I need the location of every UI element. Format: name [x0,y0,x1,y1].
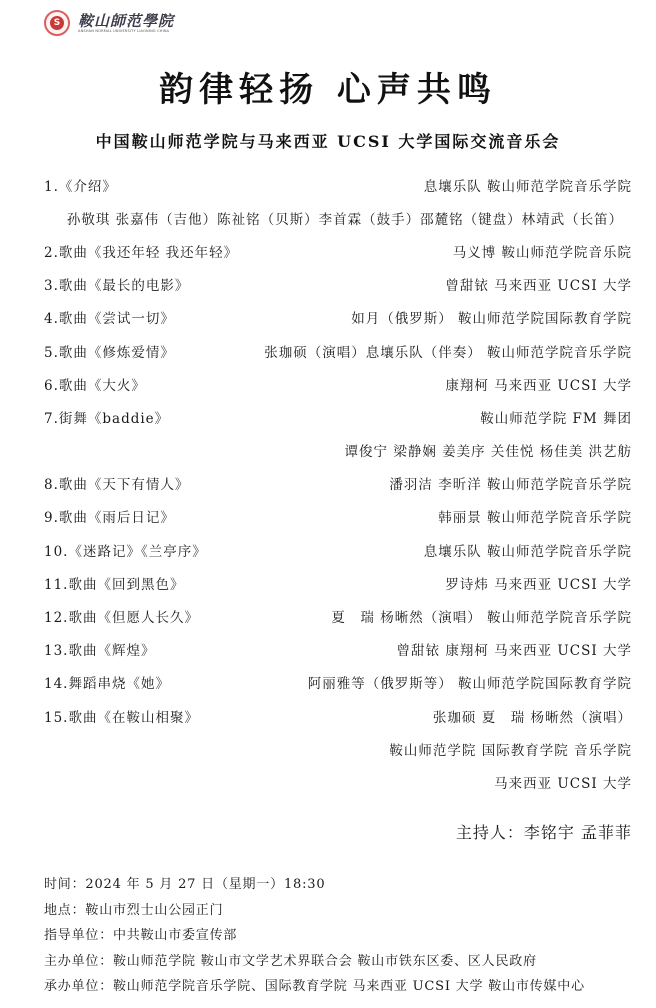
host-line: 主持人：李铭宇 孟菲菲 [456,820,632,843]
logo-name-en: ANSHAN NORMAL UNIVERSITY LIAONING CHINA [78,29,174,34]
program-item: 10.《迷路记》《兰亭序》息壤乐队 鞍山师范学院音乐学院 [44,533,632,566]
program-item-title: 14.舞蹈串烧《她》 [44,672,170,692]
program-item-performers: 谭俊宁 梁静娴 姜美序 关佳悦 杨佳美 洪艺舫 [345,440,632,460]
program-item-performers: 马来西亚 UCSI 大学 [494,772,632,792]
program-item-performers: 夏 瑞 杨晰然（演唱） 鞍山师范学院音乐学院 [331,606,632,626]
program-item-title: 11.歌曲《回到黑色》 [44,573,184,593]
program-item: 5.歌曲《修炼爱情》张珈硕（演唱）息壤乐队（伴奏） 鞍山师范学院音乐学院 [44,334,632,367]
program-item-title: 13.歌曲《辉煌》 [44,639,155,659]
program-item-performers: 康翔柯 马来西亚 UCSI 大学 [445,374,632,394]
event-organizer: 主办单位：鞍山师范学院 鞍山市文学艺术界联合会 鞍山市铁东区委、区人民政府 [44,949,644,975]
program-item-performers: 鞍山师范学院 国际教育学院 音乐学院 [389,739,632,759]
program-item-performers: 鞍山师范学院 FM 舞团 [480,407,632,427]
program-performers-row: 孙敬琪 张嘉伟（吉他）陈祉铭（贝斯）李首霖（鼓手）邵麓铭（键盘）林靖武（长笛） [44,201,632,234]
program-item: 6.歌曲《大火》康翔柯 马来西亚 UCSI 大学 [44,367,632,400]
program-item: 14.舞蹈串烧《她》阿丽雅等（俄罗斯等） 鞍山师范学院国际教育学院 [44,666,632,699]
program-item: 1.《介绍》息壤乐队 鞍山师范学院音乐学院 [44,168,632,201]
program-item-performers: 息壤乐队 鞍山师范学院音乐学院 [424,540,632,560]
program-performers-row: 鞍山师范学院 国际教育学院 音乐学院 [44,732,632,765]
event-time: 时间：2024 年 5 月 27 日（星期一）18:30 [44,872,644,898]
program-item-performers: 韩丽景 鞍山师范学院音乐学院 [438,506,632,526]
program-item: 9.歌曲《雨后日记》韩丽景 鞍山师范学院音乐学院 [44,500,632,533]
program-performers-row: 马来西亚 UCSI 大学 [44,765,632,798]
program-item: 3.歌曲《最长的电影》曾甜铱 马来西亚 UCSI 大学 [44,268,632,301]
event-info: 时间：2024 年 5 月 27 日（星期一）18:30 地点：鞍山市烈士山公园… [44,872,644,1000]
program-item: 2.歌曲《我还年轻 我还年轻》马义博 鞍山师范学院音乐院 [44,234,632,267]
program-item-performers: 马义博 鞍山师范学院音乐院 [453,241,632,261]
program-item-title: 6.歌曲《大火》 [44,374,146,394]
program-item-title: 4.歌曲《尝试一切》 [44,307,175,327]
logo-text: 鞍山師范學院 ANSHAN NORMAL UNIVERSITY LIAONING… [78,13,174,34]
program-item-title: 9.歌曲《雨后日记》 [44,506,175,526]
program-item-title: 12.歌曲《但愿人长久》 [44,606,199,626]
program-item-title: 5.歌曲《修炼爱情》 [44,341,175,361]
program-item-performers: 潘羽洁 李昕洋 鞍山师范学院音乐学院 [389,473,632,493]
program-item-title: 15.歌曲《在鞍山相聚》 [44,706,199,726]
program-item-performers: 张珈硕（演唱）息壤乐队（伴奏） 鞍山师范学院音乐学院 [264,341,632,361]
event-location: 地点：鞍山市烈士山公园正门 [44,898,644,924]
program-item-title: 3.歌曲《最长的电影》 [44,274,189,294]
program-item: 8.歌曲《天下有情人》潘羽洁 李昕洋 鞍山师范学院音乐学院 [44,467,632,500]
program-item-title: 8.歌曲《天下有情人》 [44,473,189,493]
program-item: 12.歌曲《但愿人长久》夏 瑞 杨晰然（演唱） 鞍山师范学院音乐学院 [44,599,632,632]
program-item-title: 7.街舞《baddie》 [44,407,169,427]
program-item: 7.街舞《baddie》鞍山师范学院 FM 舞团 [44,400,632,433]
program-item-title: 2.歌曲《我还年轻 我还年轻》 [44,241,238,261]
program-item-title: 10.《迷路记》《兰亭序》 [44,540,207,560]
program-item: 15.歌曲《在鞍山相聚》张珈硕 夏 瑞 杨晰然（演唱） [44,699,632,732]
program-item-performers: 罗诗炜 马来西亚 UCSI 大学 [445,573,632,593]
program-item: 11.歌曲《回到黑色》罗诗炜 马来西亚 UCSI 大学 [44,566,632,599]
event-undertaker: 承办单位：鞍山师范学院音乐学院、国际教育学院 马来西亚 UCSI 大学 鞍山市传… [44,974,644,1000]
page-title: 韵律轻扬 心声共鸣 [0,62,656,111]
university-seal-icon: S [44,10,70,36]
program-item-title: 1.《介绍》 [44,175,117,195]
program-item-performers: 张珈硕 夏 瑞 杨晰然（演唱） [433,706,632,726]
program-item: 4.歌曲《尝试一切》如月（俄罗斯） 鞍山师范学院国际教育学院 [44,301,632,334]
page-subtitle: 中国鞍山师范学院与马来西亚 UCSI 大学国际交流音乐会 [0,129,656,152]
program-item-performers: 如月（俄罗斯） 鞍山师范学院国际教育学院 [351,307,632,327]
program-list: 1.《介绍》息壤乐队 鞍山师范学院音乐学院孙敬琪 张嘉伟（吉他）陈祉铭（贝斯）李… [44,168,632,799]
program-item-performers: 阿丽雅等（俄罗斯等） 鞍山师范学院国际教育学院 [308,672,632,692]
program-performers-row: 谭俊宁 梁静娴 姜美序 关佳悦 杨佳美 洪艺舫 [44,434,632,467]
program-item-performers: 曾甜铱 马来西亚 UCSI 大学 [445,274,632,294]
program-item-performers: 曾甜铱 康翔柯 马来西亚 UCSI 大学 [397,639,632,659]
university-logo: S 鞍山師范學院 ANSHAN NORMAL UNIVERSITY LIAONI… [44,10,174,36]
program-item: 13.歌曲《辉煌》曾甜铱 康翔柯 马来西亚 UCSI 大学 [44,633,632,666]
program-item-performers: 孙敬琪 张嘉伟（吉他）陈祉铭（贝斯）李首霖（鼓手）邵麓铭（键盘）林靖武（长笛） [67,208,623,228]
logo-name-cn: 鞍山師范學院 [78,13,174,29]
event-guidance: 指导单位：中共鞍山市委宣传部 [44,923,644,949]
program-item-performers: 息壤乐队 鞍山师范学院音乐学院 [424,175,632,195]
